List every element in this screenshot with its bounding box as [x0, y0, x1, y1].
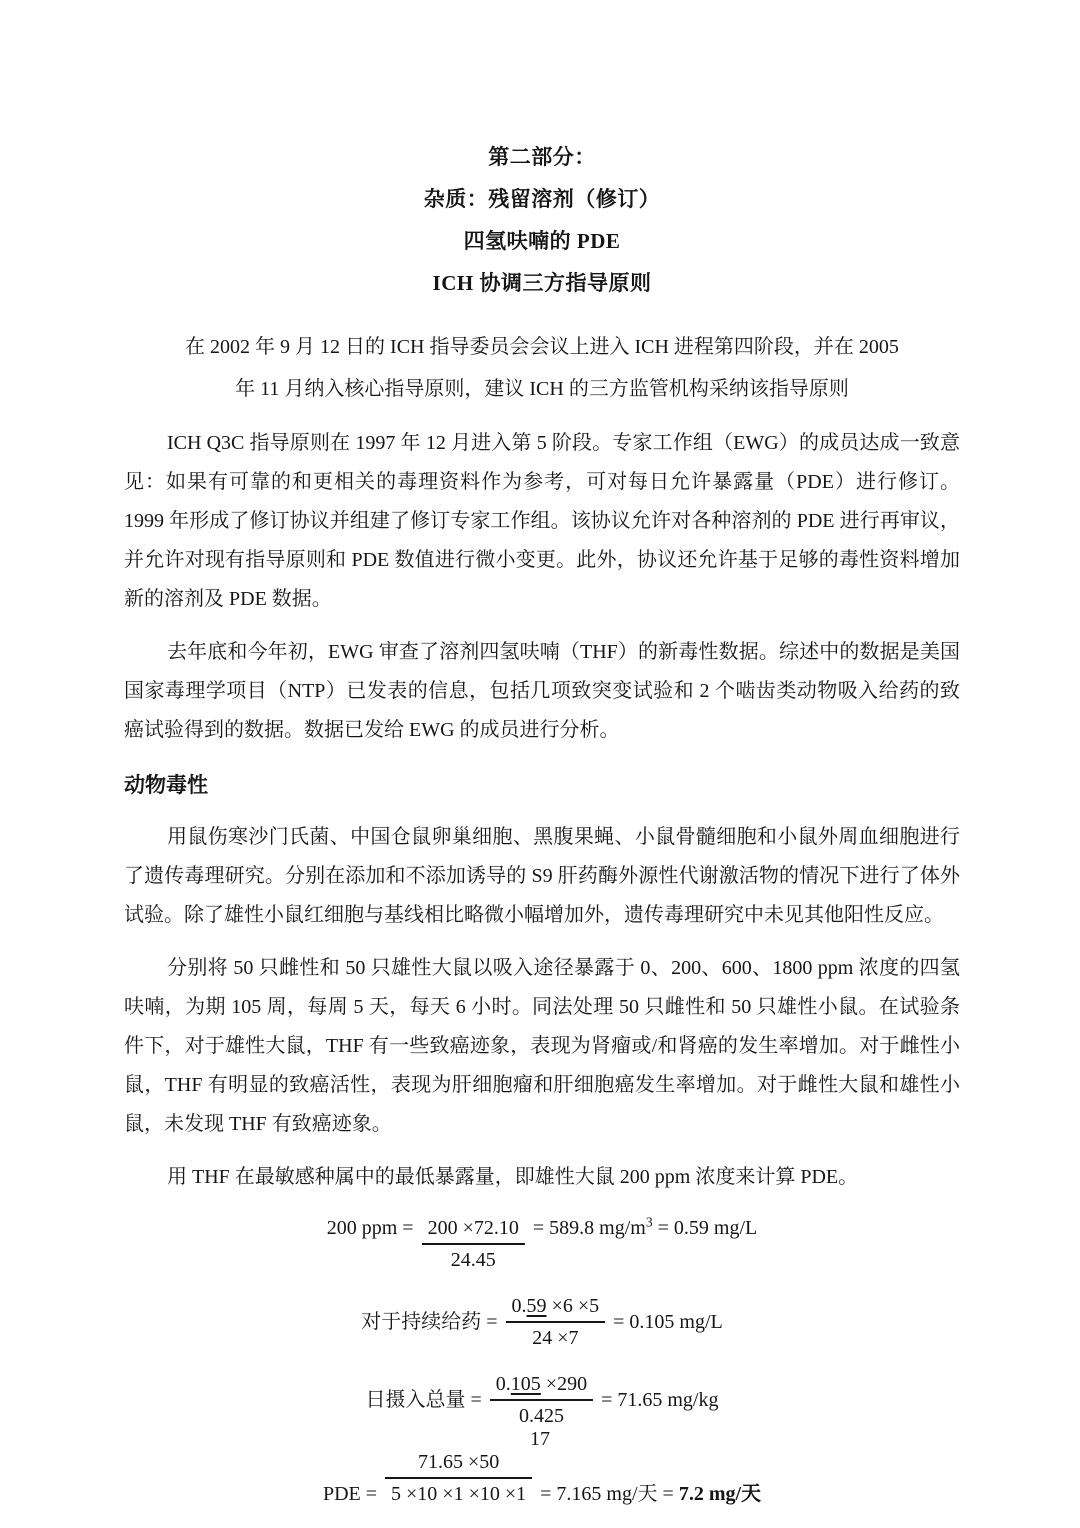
numerator-suffix: ×290: [541, 1373, 587, 1395]
fraction-numerator: 71.65 ×50: [412, 1447, 505, 1477]
intro-line-2: 年 11 月纳入核心指导原则，建议 ICH 的三方监管机构采纳该指导原则: [124, 368, 960, 410]
numerator-suffix: ×6 ×5: [547, 1295, 600, 1317]
formula-rhs-text: = 7.165 mg/天 =: [540, 1483, 679, 1505]
formula-lhs: 对于持续给药 =: [361, 1307, 497, 1337]
paragraph-q3c-history: ICH Q3C 指导原则在 1997 年 12 月进入第 5 阶段。专家工作组（…: [124, 424, 960, 619]
formula-lhs: PDE =: [323, 1479, 377, 1509]
fraction-denominator: 24 ×7: [526, 1323, 584, 1353]
intro-paragraph: 在 2002 年 9 月 12 日的 ICH 指导委员会会议上进入 ICH 进程…: [124, 326, 960, 410]
formula-rhs: = 0.105 mg/L: [613, 1307, 723, 1337]
fraction: 0.59 ×6 ×5 24 ×7: [506, 1291, 606, 1353]
fraction-denominator: 5 ×10 ×1 ×10 ×1: [385, 1477, 532, 1509]
formula-lhs: 日摄入总量 =: [366, 1385, 482, 1415]
formula-200ppm-conversion: 200 ppm = 200 ×72.10 24.45 = 589.8 mg/m3…: [124, 1213, 960, 1275]
formula-rhs-text: = 589.8 mg/m: [533, 1217, 646, 1239]
section-heading-animal-toxicity: 动物毒性: [124, 768, 960, 804]
fraction-numerator: 200 ×72.10: [422, 1213, 525, 1245]
formula-rhs-text2: = 0.59 mg/L: [653, 1217, 758, 1239]
fraction: 0.105 ×290 0.425: [490, 1369, 593, 1431]
doc-title-ich-guideline: ICH 协调三方指导原则: [124, 262, 960, 304]
formula-rhs: = 71.65 mg/kg: [601, 1385, 718, 1415]
paragraph-ewg-review: 去年底和今年初，EWG 审查了溶剂四氢呋喃（THF）的新毒性数据。综述中的数据是…: [124, 633, 960, 750]
doc-title-impurities: 杂质：残留溶剂（修订）: [124, 178, 960, 220]
doc-title-thf-pde: 四氢呋喃的 PDE: [124, 220, 960, 262]
numerator-underlined: 59: [527, 1295, 547, 1317]
fraction-denominator: 24.45: [445, 1245, 502, 1275]
paragraph-pde-basis: 用 THF 在最敏感种属中的最低暴露量，即雄性大鼠 200 ppm 浓度来计算 …: [124, 1158, 960, 1197]
numerator-prefix: 0.: [496, 1373, 511, 1395]
page-number: 17: [0, 1428, 1080, 1451]
title-block: 第二部分： 杂质：残留溶剂（修订） 四氢呋喃的 PDE ICH 协调三方指导原则: [124, 136, 960, 304]
intro-line-1: 在 2002 年 9 月 12 日的 ICH 指导委员会会议上进入 ICH 进程…: [124, 326, 960, 368]
formula-pde-result: PDE = 71.65 ×50 5 ×10 ×1 ×10 ×1 = 7.165 …: [124, 1447, 960, 1509]
paragraph-carcinogenicity-study: 分别将 50 只雌性和 50 只雄性大鼠以吸入途径暴露于 0、200、600、1…: [124, 949, 960, 1144]
fraction-numerator: 0.105 ×290: [490, 1369, 593, 1401]
superscript-3: 3: [646, 1214, 653, 1229]
formula-daily-intake: 日摄入总量 = 0.105 ×290 0.425 = 71.65 mg/kg: [124, 1369, 960, 1431]
formula-rhs: = 589.8 mg/m3 = 0.59 mg/L: [533, 1213, 757, 1243]
fraction: 71.65 ×50 5 ×10 ×1 ×10 ×1: [385, 1447, 532, 1509]
paragraph-genotoxicity: 用鼠伤寒沙门氏菌、中国仓鼠卵巢细胞、黑腹果蝇、小鼠骨髓细胞和小鼠外周血细胞进行了…: [124, 818, 960, 935]
numerator-prefix: 0.: [512, 1295, 527, 1317]
formula-continuous-dosing: 对于持续给药 = 0.59 ×6 ×5 24 ×7 = 0.105 mg/L: [124, 1291, 960, 1353]
formula-lhs: 200 ppm =: [327, 1213, 414, 1243]
fraction: 200 ×72.10 24.45: [422, 1213, 525, 1275]
doc-title-part: 第二部分：: [124, 136, 960, 178]
fraction-numerator: 0.59 ×6 ×5: [506, 1291, 606, 1323]
document-page: 第二部分： 杂质：残留溶剂（修订） 四氢呋喃的 PDE ICH 协调三方指导原则…: [0, 0, 1080, 1528]
numerator-underlined: 105: [511, 1373, 541, 1395]
fraction-denominator: 0.425: [513, 1401, 570, 1431]
formula-rhs-bold-result: 7.2 mg/天: [679, 1483, 761, 1505]
formula-rhs: = 7.165 mg/天 = 7.2 mg/天: [540, 1479, 761, 1509]
